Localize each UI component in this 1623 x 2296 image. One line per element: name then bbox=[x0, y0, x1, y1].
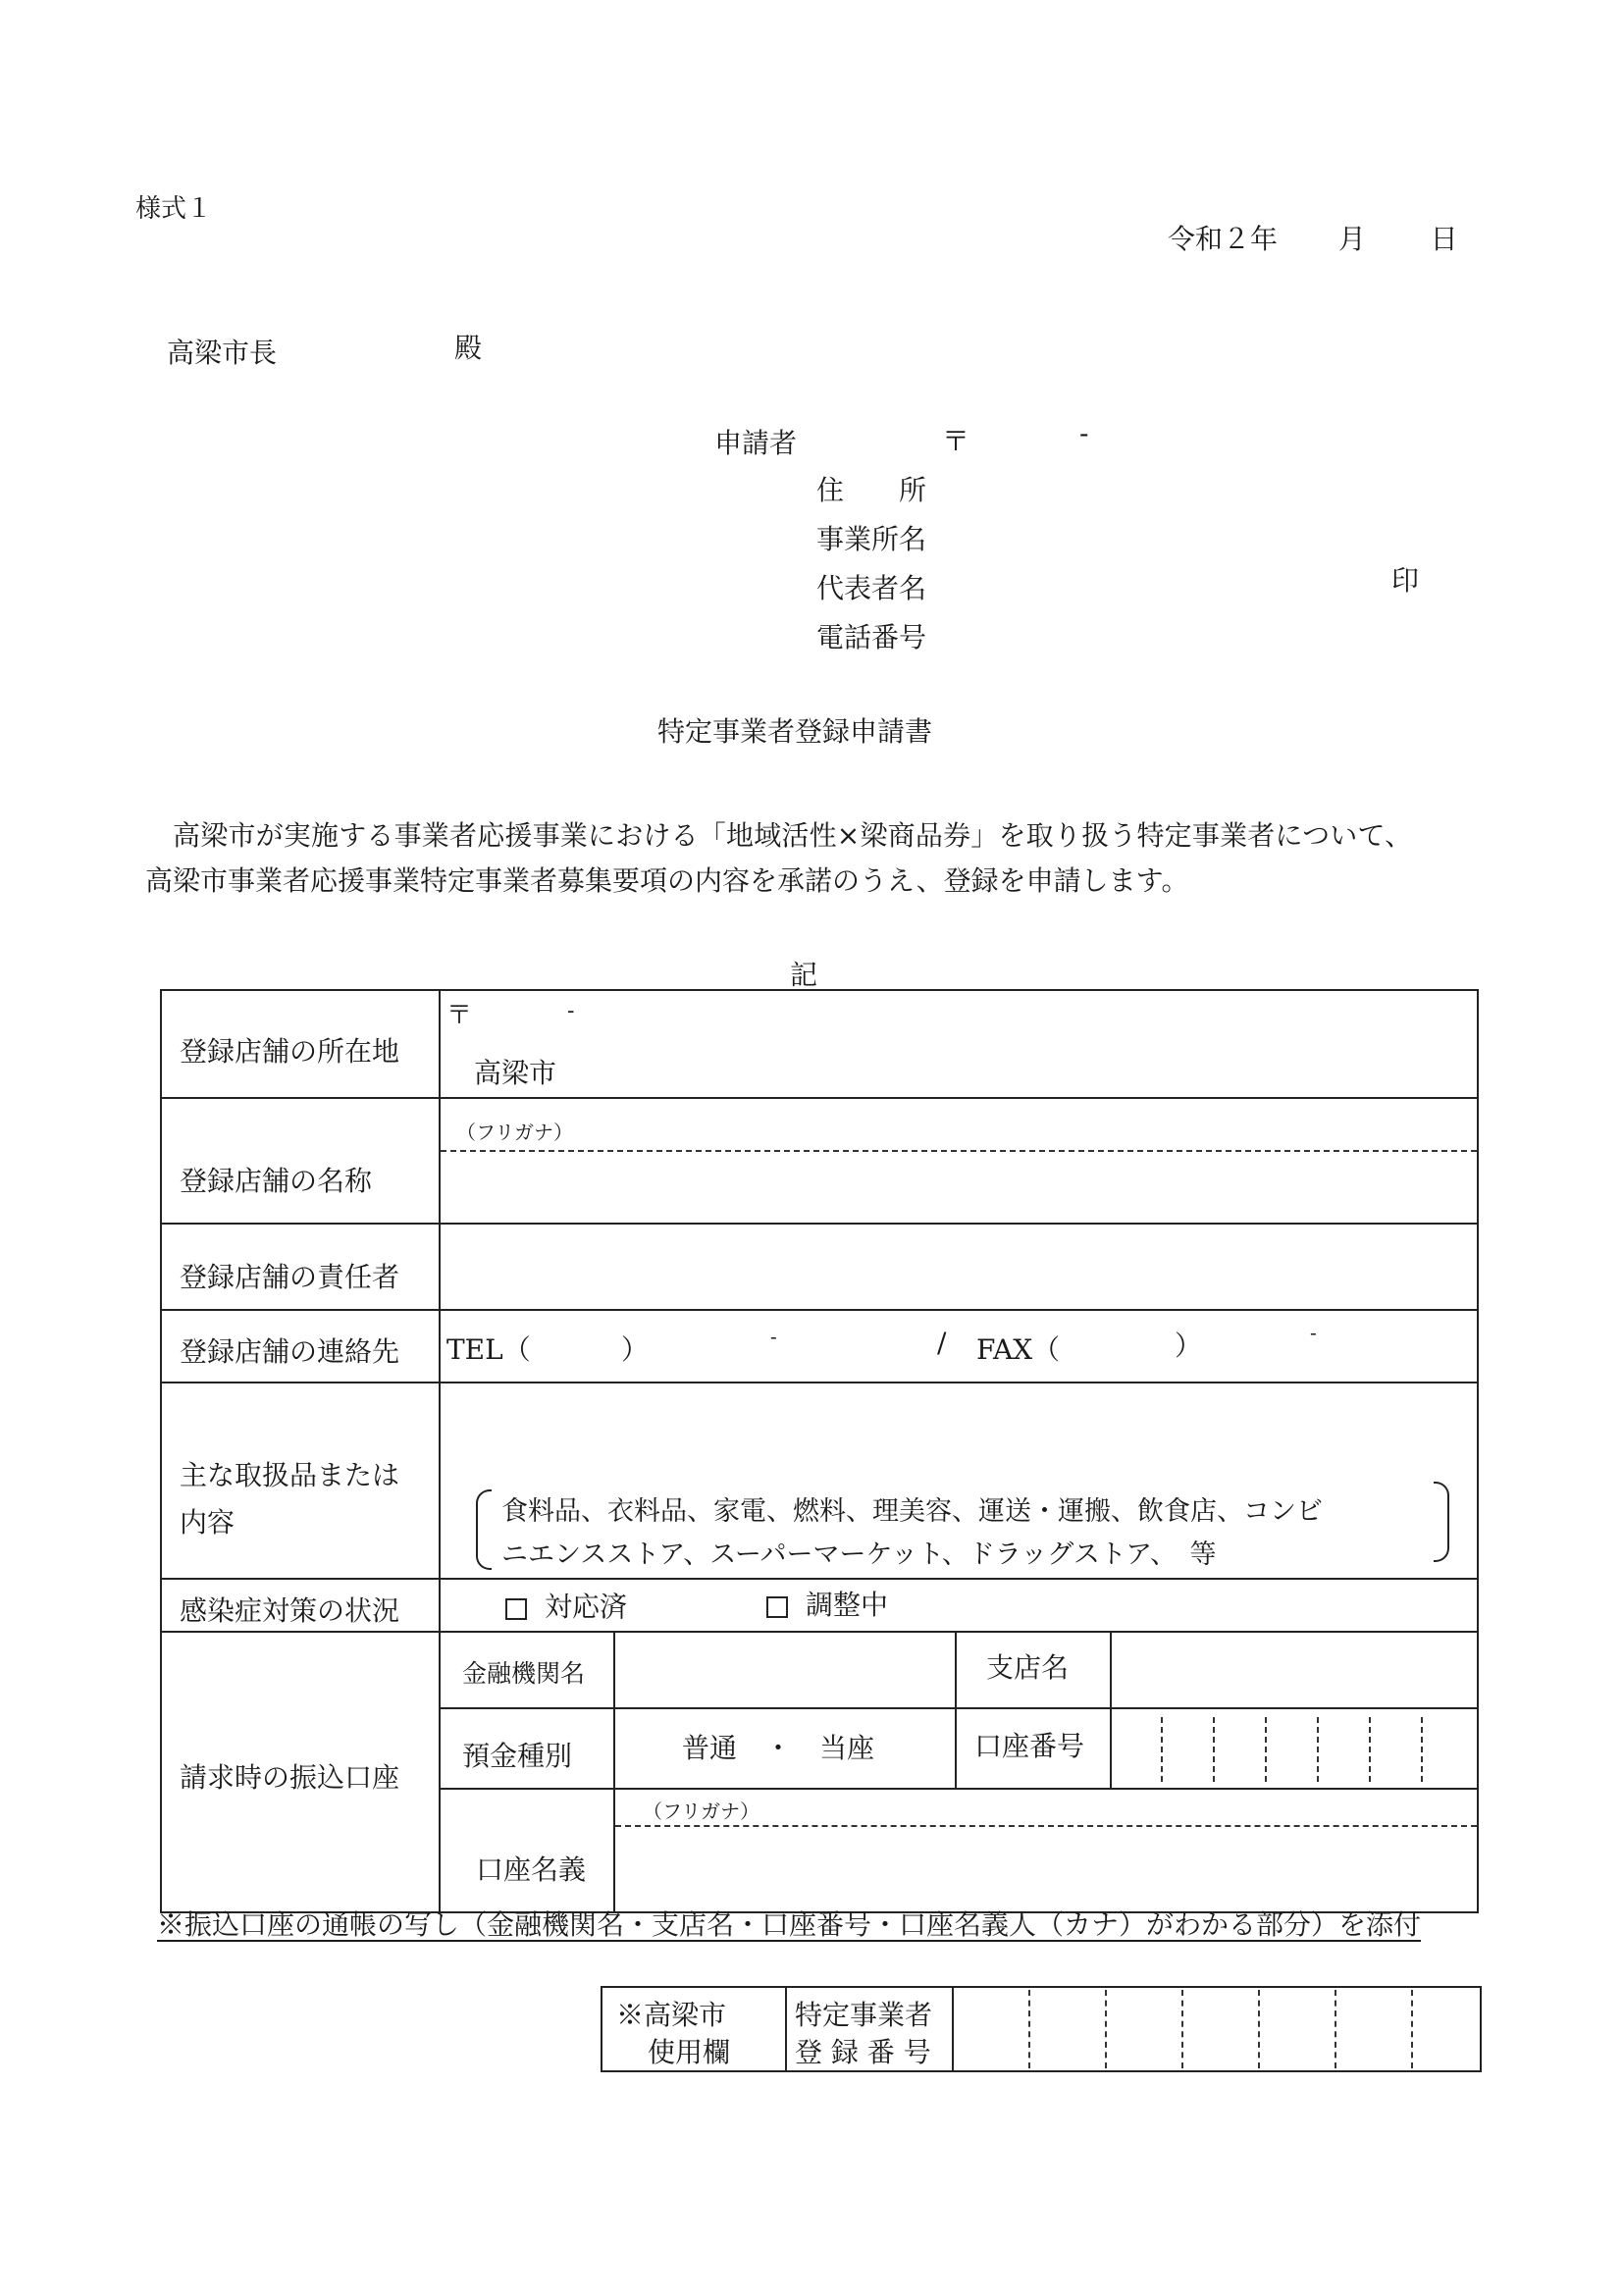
branch-label-divider-right bbox=[1110, 1631, 1112, 1788]
bank-branch-label: 支店名 bbox=[986, 1646, 1069, 1686]
checkbox-adjusting[interactable] bbox=[766, 1596, 788, 1618]
checkbox-done[interactable] bbox=[505, 1598, 527, 1620]
fax-area-code-field[interactable] bbox=[1065, 1325, 1153, 1364]
goods-examples-line-2: ニエンスストア、スーパーマーケット、ドラッグストア、 等 bbox=[501, 1533, 1216, 1571]
store-name-label: 登録店舗の名称 bbox=[180, 1160, 372, 1199]
row-divider bbox=[162, 1309, 1477, 1311]
tel-label: TEL（ bbox=[446, 1329, 531, 1368]
digit-divider bbox=[1161, 1717, 1163, 1782]
bank-sublabel-divider bbox=[613, 1631, 615, 1911]
applicant-business-name-field[interactable] bbox=[971, 518, 1413, 551]
applicant-phone-label: 電話番号 bbox=[816, 616, 926, 655]
infection-option-adjusting[interactable]: 調整中 bbox=[766, 1584, 888, 1623]
row-divider bbox=[162, 1097, 1477, 1099]
digit-divider bbox=[1265, 1717, 1267, 1782]
holder-furigana-divider bbox=[615, 1825, 1477, 1827]
registration-table: 登録店舗の所在地 〒 - 高梁市 登録店舗の名称 （フリガナ） 登録店舗の責任者… bbox=[160, 989, 1479, 1913]
addressee-honorific: 殿 bbox=[454, 327, 482, 366]
store-manager-field[interactable] bbox=[456, 1242, 1457, 1291]
bank-account-label: 請求時の振込口座 bbox=[180, 1756, 399, 1796]
tel-area-code-field[interactable] bbox=[533, 1325, 621, 1364]
location-label: 登録店舗の所在地 bbox=[180, 1030, 399, 1070]
account-number-field[interactable] bbox=[1114, 1711, 1473, 1784]
account-holder-label: 口座名義 bbox=[476, 1849, 586, 1888]
infection-label: 感染症対策の状況 bbox=[180, 1590, 399, 1629]
digit-divider bbox=[1421, 1717, 1423, 1782]
row-divider bbox=[439, 1707, 1477, 1709]
office-use-divider bbox=[952, 1988, 954, 2070]
location-postal-dash: - bbox=[567, 999, 574, 1023]
row-divider bbox=[439, 1788, 1477, 1790]
addressee-name: 高梁市長 bbox=[167, 332, 277, 371]
digit-divider bbox=[1213, 1717, 1215, 1782]
account-number-label: 口座番号 bbox=[974, 1725, 1084, 1764]
office-use-label-line-2: 使用欄 bbox=[648, 2031, 730, 2070]
applicant-address-label: 住 所 bbox=[816, 469, 926, 508]
digit-divider bbox=[1258, 1990, 1260, 2068]
digit-divider bbox=[1369, 1717, 1371, 1782]
fax-close-paren: ） bbox=[1175, 1325, 1202, 1364]
goods-content-field[interactable] bbox=[456, 1393, 1457, 1472]
bank-institution-field[interactable] bbox=[617, 1635, 951, 1703]
body-line-2: 高梁市事業者応援事業特定事業者募集要項の内容を承諾のうえ、登録を申請します。 bbox=[145, 860, 1188, 899]
location-postal-mark: 〒 bbox=[446, 995, 472, 1031]
furigana-divider bbox=[441, 1150, 1477, 1152]
document-title: 特定事業者登録申請書 bbox=[657, 710, 932, 750]
applicant-representative-field[interactable] bbox=[971, 567, 1364, 600]
date-line: 令和２年 月 日 bbox=[1168, 218, 1458, 257]
store-name-field[interactable] bbox=[456, 1160, 1457, 1209]
branch-label-divider-left bbox=[955, 1631, 957, 1788]
location-address-field[interactable] bbox=[574, 1046, 1457, 1085]
store-contact-label: 登録店舗の連絡先 bbox=[180, 1331, 399, 1370]
infection-option-done[interactable]: 対応済 bbox=[505, 1586, 627, 1625]
applicant-business-name-label: 事業所名 bbox=[816, 518, 926, 557]
body-line-1: 高梁市が実施する事業者応援事業における「地域活性×梁商品券」を取り扱う特定事業者… bbox=[173, 814, 1412, 854]
row-divider bbox=[162, 1382, 1477, 1383]
account-holder-field[interactable] bbox=[623, 1835, 1467, 1904]
location-city: 高梁市 bbox=[474, 1052, 556, 1091]
tel-dash: - bbox=[770, 1325, 777, 1348]
digit-divider bbox=[1028, 1990, 1030, 2068]
goods-label-line-1: 主な取扱品または bbox=[180, 1454, 399, 1493]
attachment-note: ※振込口座の通帳の写し（金融機関名・支店名・口座番号・口座名義人（カナ）がわかる… bbox=[157, 1904, 1421, 1943]
seal-mark: 印 bbox=[1391, 559, 1419, 599]
applicant-phone-field[interactable] bbox=[971, 616, 1413, 650]
row-divider bbox=[162, 1223, 1477, 1225]
date-month: 月 bbox=[1338, 223, 1366, 255]
deposit-type-options[interactable]: 普通 ・ 当座 bbox=[682, 1727, 874, 1766]
fax-dash: - bbox=[1310, 1321, 1317, 1344]
applicant-label: 申請者 bbox=[714, 422, 797, 461]
ki-heading: 記 bbox=[790, 954, 817, 993]
digit-divider bbox=[1411, 1990, 1413, 2068]
date-era-year: 令和２年 bbox=[1168, 223, 1278, 255]
deposit-type-label: 預金種別 bbox=[462, 1735, 572, 1774]
row-divider bbox=[162, 1578, 1477, 1580]
store-manager-label: 登録店舗の責任者 bbox=[180, 1256, 399, 1295]
bank-institution-label: 金融機関名 bbox=[462, 1654, 585, 1690]
tel-close-paren: ） bbox=[621, 1329, 649, 1368]
registration-number-label-line-2: 登 録 番 号 bbox=[795, 2031, 931, 2070]
fax-number-field[interactable] bbox=[1330, 1325, 1457, 1364]
store-name-furigana-label: （フリガナ） bbox=[456, 1117, 573, 1145]
goods-label-line-2: 内容 bbox=[180, 1501, 235, 1540]
registration-number-field[interactable] bbox=[956, 1990, 1476, 2068]
option-done-label: 対応済 bbox=[545, 1591, 627, 1623]
applicant-postal-mark: 〒 bbox=[942, 420, 969, 459]
bank-branch-field[interactable] bbox=[1116, 1635, 1469, 1699]
digit-divider bbox=[1335, 1990, 1336, 2068]
applicant-representative-label: 代表者名 bbox=[816, 567, 926, 606]
date-day: 日 bbox=[1431, 223, 1458, 255]
bracket-right bbox=[1434, 1482, 1449, 1562]
registration-number-label-line-1: 特定事業者 bbox=[795, 1994, 932, 2033]
digit-divider bbox=[1181, 1990, 1183, 2068]
fax-label: FAX（ bbox=[976, 1329, 1060, 1368]
goods-examples-line-1: 食料品、衣料品、家電、燃料、理美容、運送・運搬、飲食店、コンビ bbox=[501, 1489, 1323, 1528]
applicant-address-field[interactable] bbox=[971, 469, 1413, 502]
label-column-divider bbox=[439, 991, 441, 1911]
digit-divider bbox=[1317, 1717, 1319, 1782]
tel-number-field[interactable] bbox=[790, 1325, 898, 1364]
digit-divider bbox=[1105, 1990, 1107, 2068]
fax-exchange-field[interactable] bbox=[1202, 1325, 1271, 1364]
form-number: 様式１ bbox=[135, 188, 212, 225]
tel-exchange-field[interactable] bbox=[653, 1325, 731, 1364]
bracket-left bbox=[476, 1489, 492, 1570]
office-use-label-line-1: ※高梁市 bbox=[616, 1994, 726, 2033]
row-divider bbox=[162, 1631, 1477, 1633]
contact-separator: / bbox=[937, 1327, 946, 1359]
account-holder-furigana-label: （フリガナ） bbox=[643, 1796, 759, 1824]
option-adjusting-label: 調整中 bbox=[806, 1589, 888, 1621]
office-use-box: ※高梁市 使用欄 特定事業者 登 録 番 号 bbox=[601, 1986, 1482, 2072]
office-use-divider bbox=[785, 1988, 787, 2070]
applicant-postal-dash: - bbox=[1079, 417, 1088, 449]
